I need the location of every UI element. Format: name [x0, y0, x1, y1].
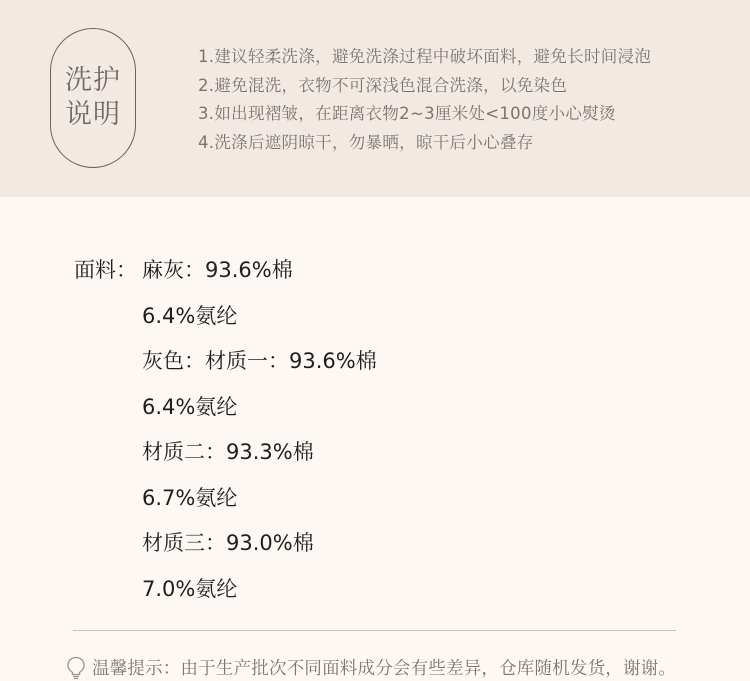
- care-item: 1.建议轻柔洗涤，避免洗涤过程中破坏面料，避免长时间浸泡: [198, 43, 651, 72]
- care-item: 3.如出现褶皱，在距离衣物2~3厘米处<100度小心熨烫: [198, 100, 651, 129]
- divider: [73, 630, 676, 631]
- fabric-line: 6.4%氨纶: [142, 299, 237, 333]
- badge-line-1: 洗护: [65, 64, 121, 98]
- fabric-line: 6.7%氨纶: [142, 481, 237, 515]
- fabric-line: 6.4%氨纶: [142, 390, 237, 424]
- tip-notice: 温馨提示：由于生产批次不同面料成分会有些差异，仓库随机发货，谢谢。: [66, 655, 676, 680]
- care-instructions-badge: 洗护 说明: [50, 28, 136, 168]
- fabric-line: 麻灰：93.6%棉: [142, 253, 293, 287]
- fabric-line: 灰色：材质一：93.6%棉: [142, 344, 377, 378]
- fabric-label: 面料：: [74, 253, 137, 287]
- care-instructions-panel: 洗护 说明 1.建议轻柔洗涤，避免洗涤过程中破坏面料，避免长时间浸泡 2.避免混…: [0, 0, 750, 197]
- fabric-line: 材质二：93.3%棉: [142, 435, 314, 469]
- fabric-line: 7.0%氨纶: [142, 572, 237, 606]
- tip-text: 温馨提示：由于生产批次不同面料成分会有些差异，仓库随机发货，谢谢。: [92, 655, 676, 680]
- fabric-line: 材质三：93.0%棉: [142, 526, 314, 560]
- badge-line-2: 说明: [65, 98, 121, 132]
- care-item: 4.洗涤后遮阴晾干，勿暴晒，晾干后小心叠存: [198, 129, 651, 158]
- care-item: 2.避免混洗，衣物不可深浅色混合洗涤，以免染色: [198, 72, 651, 101]
- care-instructions-list: 1.建议轻柔洗涤，避免洗涤过程中破坏面料，避免长时间浸泡 2.避免混洗，衣物不可…: [198, 43, 651, 157]
- lightbulb-icon: [66, 656, 86, 680]
